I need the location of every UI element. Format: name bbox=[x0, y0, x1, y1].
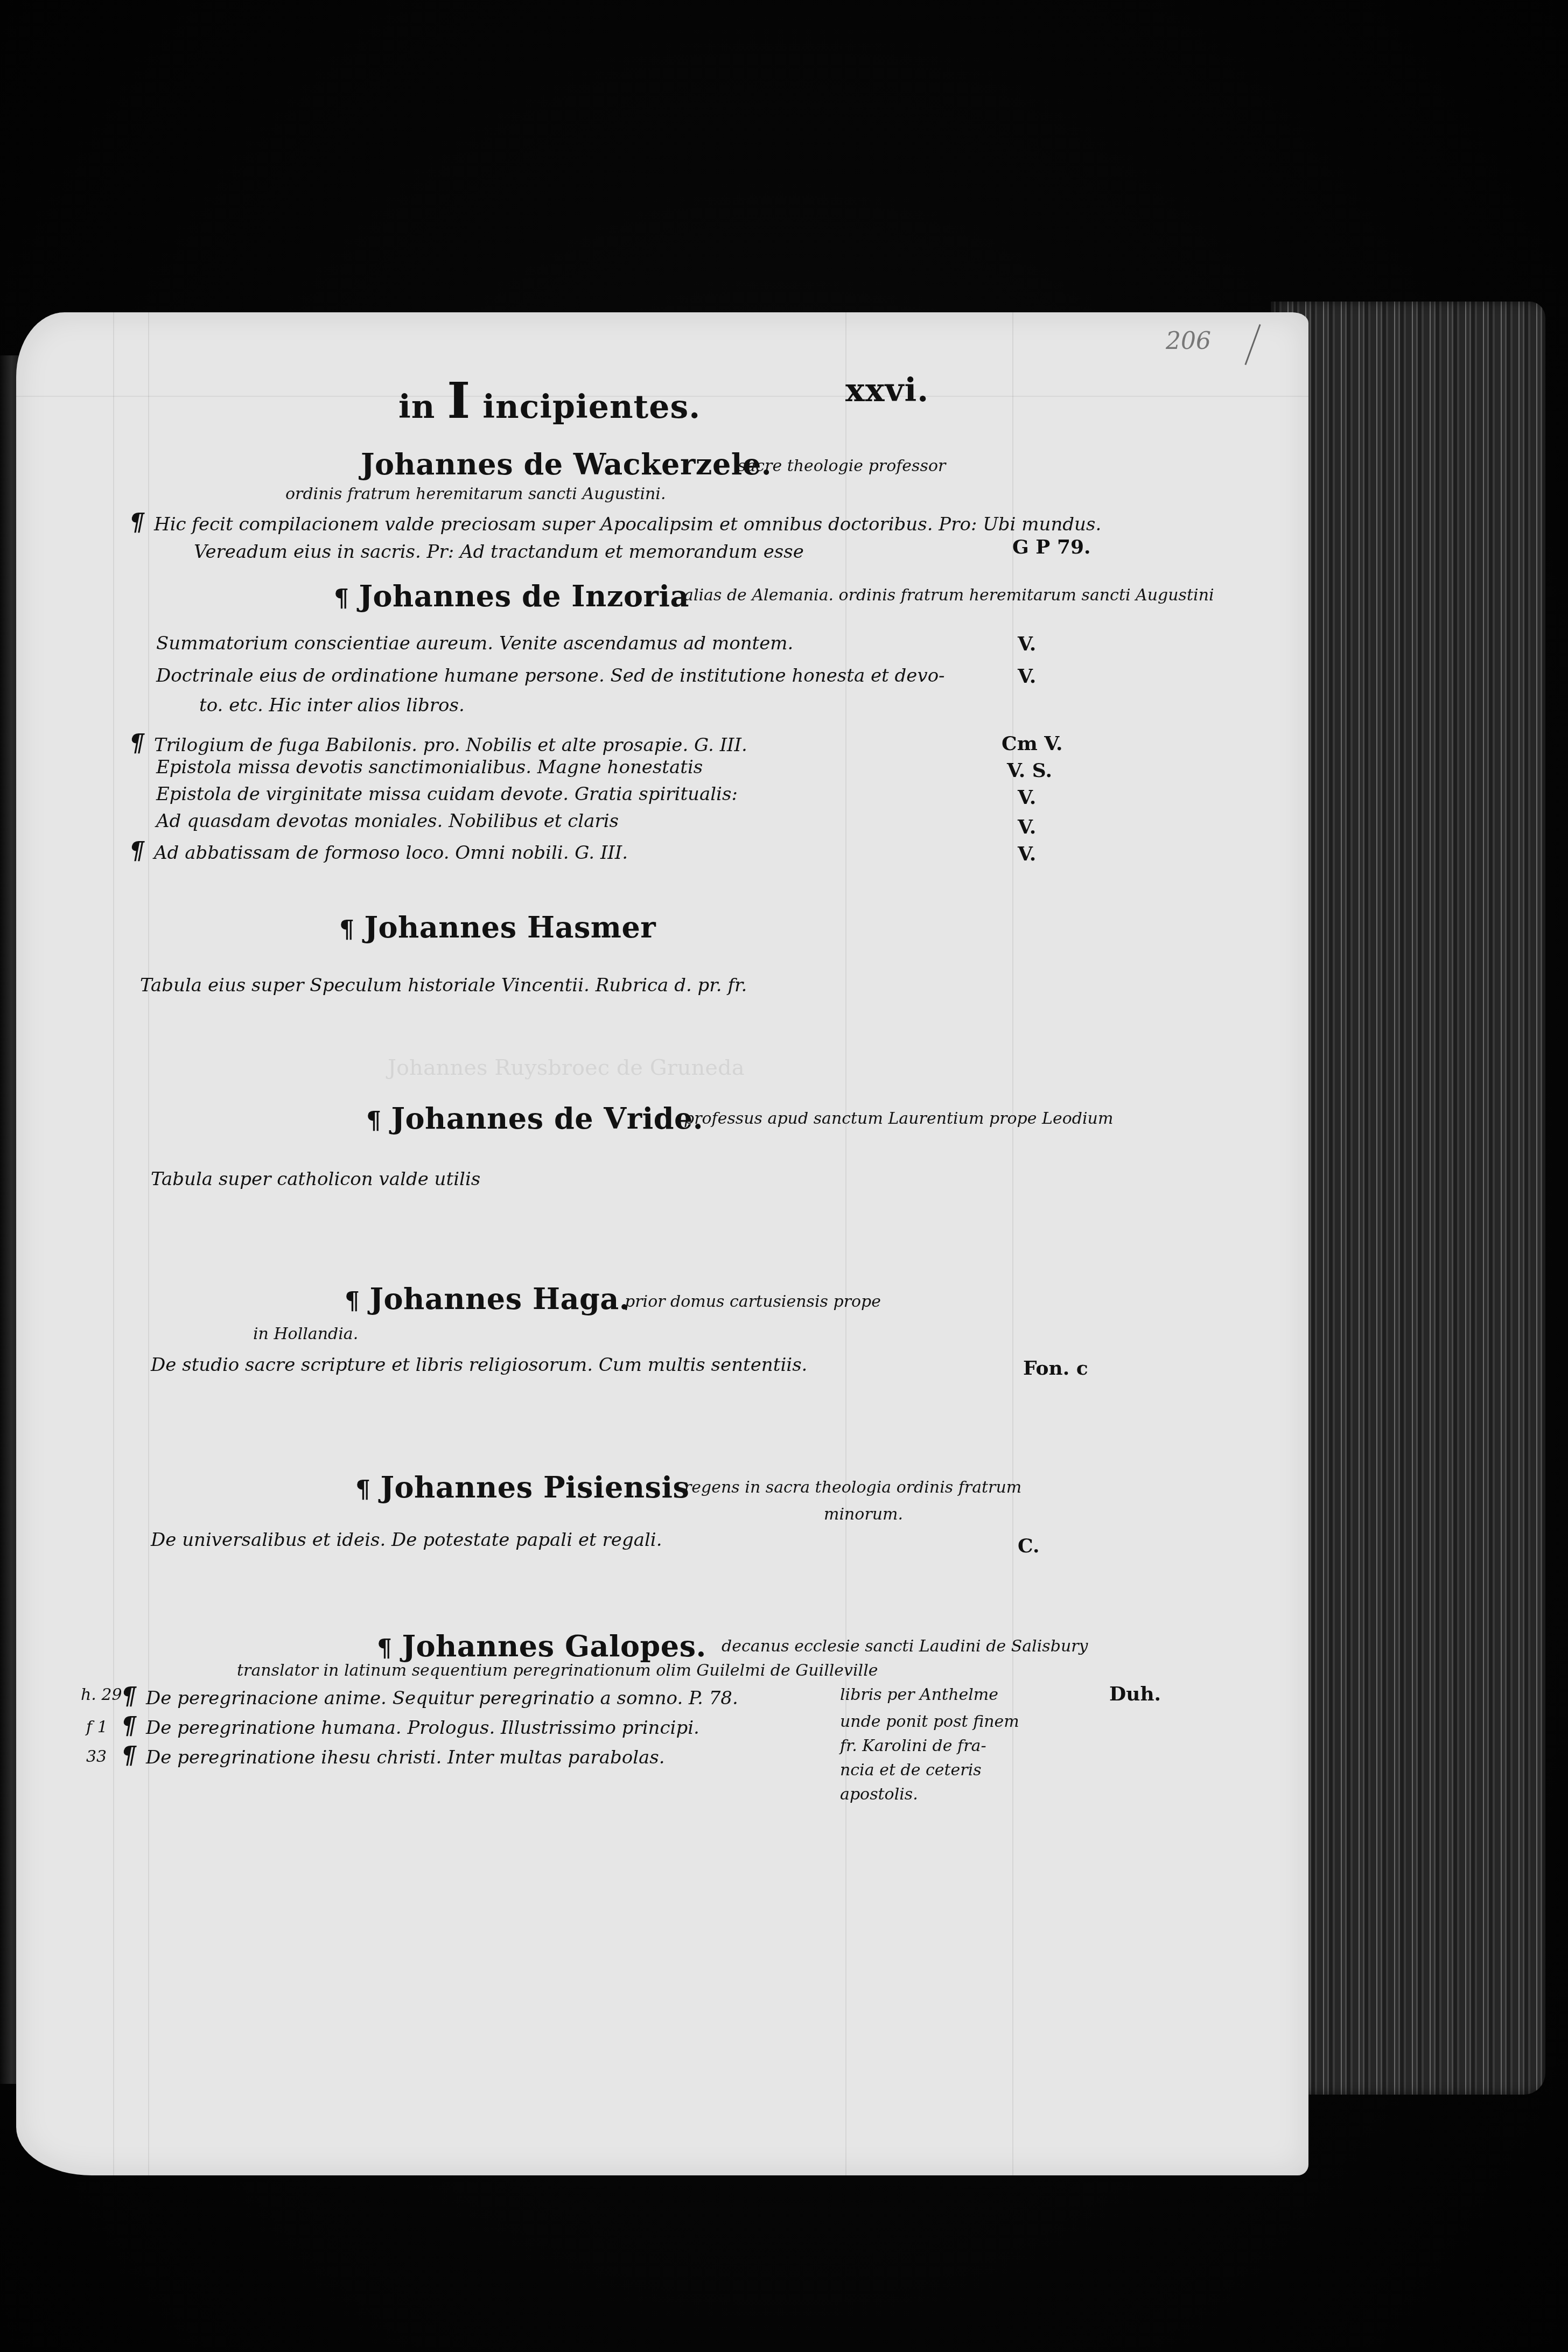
book-fore-edge bbox=[1271, 302, 1545, 2095]
work-entry: Epistola missa devotis sanctimonialibus.… bbox=[156, 757, 703, 778]
work-entry: Tabula eius super Speculum historiale Vi… bbox=[140, 975, 747, 996]
author-heading: ¶Johannes Haga. bbox=[345, 1282, 629, 1316]
work-entry: Summatorium conscientiae aureum. Venite … bbox=[156, 633, 793, 654]
author-heading: ¶Johannes Hasmer bbox=[339, 910, 656, 944]
running-head: in I incipientes. bbox=[398, 372, 701, 430]
shelfmark: Cm V. bbox=[1002, 732, 1062, 755]
ruling-line bbox=[113, 312, 114, 2175]
work-entry: ¶De peregrinacione anime. Sequitur pereg… bbox=[121, 1683, 738, 1710]
author-note: sacre theologie professor bbox=[738, 457, 946, 475]
work-entry: Doctrinale eius de ordinatione humane pe… bbox=[156, 665, 945, 687]
ruling-line bbox=[148, 312, 149, 2175]
author-heading: ¶Johannes Galopes. bbox=[377, 1629, 706, 1663]
shelfmark: C. bbox=[1018, 1535, 1040, 1557]
author-note: alias de Alemania. ordinis fratrum herem… bbox=[684, 586, 1214, 605]
work-entry: De studio sacre scripture et libris reli… bbox=[151, 1354, 807, 1376]
author-heading: ¶Johannes de Inzoria bbox=[334, 579, 689, 613]
author-note: in Hollandia. bbox=[253, 1325, 358, 1343]
author-note: decanus ecclesie sancti Laudini de Salis… bbox=[722, 1637, 1088, 1656]
shelfmark: V. bbox=[1018, 633, 1036, 655]
running-head-initial: I bbox=[447, 372, 471, 430]
margin-number: 33 bbox=[86, 1747, 107, 1766]
work-entry: ¶De peregrinatione humana. Prologus. Ill… bbox=[121, 1712, 699, 1740]
work-entry: Ad quasdam devotas moniales. Nobilibus e… bbox=[156, 810, 619, 832]
author-note: translator in latinum sequentium peregri… bbox=[237, 1661, 878, 1680]
work-entry: to. etc. Hic inter alios libros. bbox=[199, 695, 465, 716]
work-entry: ¶De peregrinatione ihesu christi. Inter … bbox=[121, 1742, 665, 1769]
author-note: prior domus cartusiensis prope bbox=[625, 1292, 881, 1311]
author-heading: Johannes de Wackerzele. bbox=[361, 447, 772, 481]
shelfmark: V. S. bbox=[1007, 759, 1052, 782]
shelfmark: V. bbox=[1018, 843, 1036, 865]
margin-number: h. 29 bbox=[81, 1685, 122, 1704]
shelfmark: Duh. bbox=[1109, 1683, 1161, 1705]
quire-number: xxvi. bbox=[845, 372, 929, 409]
paragraph-mark: ¶ bbox=[129, 509, 144, 536]
shelfmark: V. bbox=[1018, 816, 1036, 838]
work-entry: Epistola de virginitate missa cuidam dev… bbox=[156, 783, 738, 805]
author-note: regens in sacra theologia ordinis fratru… bbox=[684, 1478, 1021, 1497]
side-note: ncia et de ceteris bbox=[840, 1761, 982, 1780]
folio-number: 206 bbox=[1166, 327, 1211, 355]
side-note: unde ponit post finem bbox=[840, 1712, 1019, 1731]
side-note: apostolis. bbox=[840, 1785, 918, 1804]
author-note: minorum. bbox=[824, 1505, 903, 1524]
work-entry: ¶Ad abbatissam de formoso loco. Omni nob… bbox=[129, 837, 628, 865]
work-entry: De universalibus et ideis. De potestate … bbox=[151, 1529, 662, 1551]
work-entry: ¶Hic fecit compilacionem valde preciosam… bbox=[129, 509, 1101, 536]
running-head-prefix: in bbox=[398, 388, 435, 426]
running-head-word: incipientes. bbox=[482, 388, 701, 426]
author-note: professus apud sanctum Laurentium prope … bbox=[684, 1109, 1113, 1128]
work-entry: Vereadum eius in sacris. Pr: Ad tractand… bbox=[194, 541, 804, 563]
author-note: ordinis fratrum heremitarum sancti Augus… bbox=[285, 485, 666, 503]
work-entry: Tabula super catholicon valde utilis bbox=[151, 1168, 480, 1190]
author-heading: ¶Johannes Pisiensis bbox=[355, 1470, 689, 1504]
margin-number: f 1 bbox=[86, 1718, 108, 1737]
shelfmark: V. bbox=[1018, 665, 1036, 688]
bleed-through-text: Johannes Ruysbroec de Gruneda bbox=[388, 1055, 744, 1080]
shelfmark: Fon. c bbox=[1023, 1357, 1088, 1380]
side-note: libris per Anthelme bbox=[840, 1685, 998, 1704]
shelfmark: G P 79. bbox=[1012, 536, 1091, 558]
side-note: fr. Karolini de fra- bbox=[840, 1737, 986, 1755]
author-heading: ¶Johannes de Vride. bbox=[366, 1101, 703, 1136]
work-entry: ¶Trilogium de fuga Babilonis. pro. Nobil… bbox=[129, 730, 747, 757]
shelfmark: V. bbox=[1018, 786, 1036, 809]
